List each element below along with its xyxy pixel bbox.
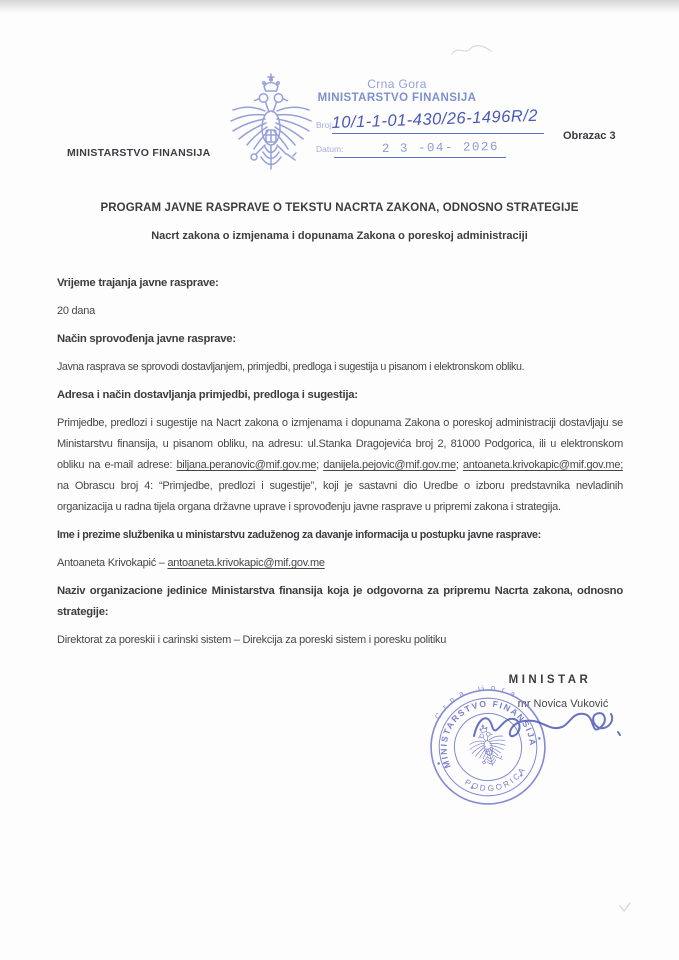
unit-heading: Naziv organizacione jedinice Ministarstv… <box>57 581 623 623</box>
email-link-danijela: danijela.pejovic@mif.gov.me <box>323 459 456 471</box>
email-separator: ; <box>456 459 463 471</box>
form-number-label: Obrazac 3 <box>563 130 616 142</box>
stamp-number-row: Broj: 10/1-1-01-430/26-1496R/2 <box>312 104 557 134</box>
stamp-date-row: Datum: 2 3 -04- 2026 <box>312 134 557 158</box>
document-subtitle: Nacrt zakona o izmjenama i dopunama Zako… <box>0 230 679 242</box>
sender-name: MINISTARSTVO FINANSIJA <box>67 147 211 159</box>
duration-value: 20 dana <box>57 301 623 322</box>
receipt-stamp: Crna Gora MINISTARSTVO FINANSIJA Broj: 1… <box>312 77 557 158</box>
stamp-country-label: Crna Gora <box>312 77 482 91</box>
document-title: PROGRAM JAVNE RASPRAVE O TEKSTU NACRTA Z… <box>0 202 679 214</box>
coat-of-arms-eagle-icon <box>221 71 321 185</box>
seal-city-text: PODGORICA <box>462 763 532 800</box>
duration-heading: Vrijeme trajanja javne rasprave: <box>57 273 623 294</box>
scan-edge-shadow <box>0 0 679 13</box>
unit-value: Direktorat za poreskii i carinski sistem… <box>57 630 623 651</box>
address-paragraph: Primjedbe, predlozi i sugestije na Nacrt… <box>57 413 623 518</box>
method-heading: Način sprovođenja javne rasprave: <box>57 329 623 350</box>
officer-contact-line: Antoaneta Krivokapić – antoaneta.krivoka… <box>57 553 623 574</box>
address-text-part2: na Obrascu broj 4: “Primjedbe, predlozi … <box>57 480 623 513</box>
email-link-antoaneta: antoaneta.krivokapic@mif.gov.me; <box>463 459 623 471</box>
email-link-biljana: biljana.peranovic@mif.gov.me <box>176 459 316 471</box>
officer-name: Antoaneta Krivokapić – <box>57 557 167 569</box>
document-body: Vrijeme trajanja javne rasprave: 20 dana… <box>57 273 623 658</box>
svg-text:PODGORICA: PODGORICA <box>462 763 532 800</box>
email-link-officer: antoaneta.krivokapic@mif.gov.me <box>167 557 324 569</box>
handwritten-number: 10/1-1-01-430/26-1496R/2 <box>331 107 538 133</box>
scanned-document-page: MINISTARSTVO FINANSIJA <box>0 0 679 960</box>
officer-heading: Ime i prezime službenika u ministarstvu … <box>57 525 623 546</box>
stamped-date: 2 3 -04- 2026 <box>382 140 499 156</box>
pencil-check-mark <box>618 901 632 913</box>
stamp-ministry-label: MINISTARSTVO FINANSIJA <box>312 92 482 104</box>
date-label: Datum: <box>316 144 343 154</box>
pencil-scribble-mark <box>450 41 494 59</box>
method-value: Javna rasprava se sprovodi dostavljanjem… <box>57 357 623 378</box>
handwritten-signature-icon <box>468 692 628 754</box>
date-underline <box>334 157 506 158</box>
address-heading: Adresa i način dostavljanja primjedbi, p… <box>57 385 623 406</box>
